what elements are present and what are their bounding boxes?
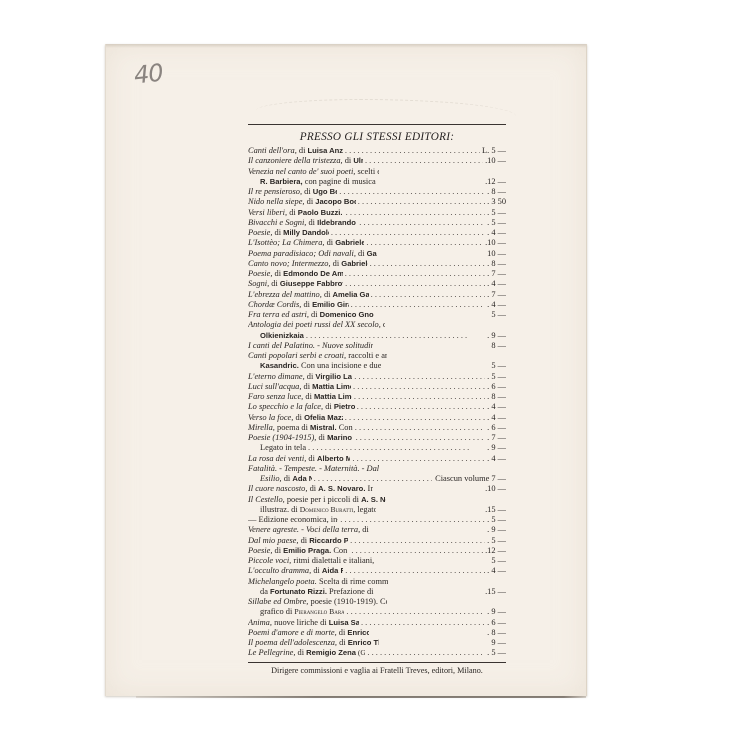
leader-dots	[355, 402, 485, 412]
entry-text: R. Barbiera, con pagine di musica e ritr…	[260, 177, 378, 187]
entry-price: . 5 —	[485, 372, 506, 382]
entry-connector: di	[272, 546, 283, 555]
entry-author: Marino Moretti	[327, 433, 354, 442]
entry-price: . 8 —	[485, 187, 506, 197]
entry-connector: di	[316, 433, 327, 442]
entry-text: grafico di Pierangelo Baratono	[260, 607, 344, 617]
entry-text: Versi liberi, di Paolo Buzzi. In-8	[248, 208, 344, 218]
entry-text: Canto novo; Intermezzo, di Gabriele d'An…	[248, 259, 368, 269]
entry-author: Domenico Gnoli	[320, 310, 374, 319]
entry-author: Fortunato Rizzi.	[270, 587, 327, 596]
entry-title: Canto novo; Intermezzo,	[248, 259, 331, 268]
entry-title: I canti del Palatino. - Nuove solitudini…	[248, 341, 373, 350]
entry-price: . 4 —	[485, 566, 506, 576]
entry-title: Poema paradisiaco; Odi navali,	[248, 249, 356, 258]
entry-note: legato in tela policroma	[355, 505, 375, 514]
catalog-entry: Poesie, di Milly Dandolo. 4 —	[248, 228, 506, 238]
leader-dots	[350, 454, 485, 464]
entry-connector: di	[305, 197, 316, 206]
entry-title: Dal mio paese,	[248, 536, 298, 545]
entry-text: illustraz. di Domenico Buratti, legato i…	[260, 505, 376, 515]
entry-author: Giuseppe Fabbrovich	[280, 279, 343, 288]
entry-author: Amelia Gasparetto.	[333, 290, 369, 299]
entry-author: Mattia Limoncelli	[312, 382, 351, 391]
entry-connector: grafico di	[260, 607, 294, 616]
leader-dots	[349, 546, 483, 556]
leader-dots	[356, 197, 485, 207]
leader-dots	[312, 474, 432, 484]
entry-title: L'ebrezza del mattino,	[248, 290, 322, 299]
entry-text: Poesie, di Milly Dandolo	[248, 228, 329, 238]
entry-title: Canti dell'ora,	[248, 146, 297, 155]
entry-connector: di	[305, 372, 316, 381]
catalog-entry: Esilio, di Ada Negri.Ciascun volume7 —	[248, 474, 506, 484]
entry-price: 7 —	[489, 474, 506, 484]
entry-price: 5 —	[489, 556, 506, 566]
entry-text: Olkienizkaia	[260, 331, 304, 341]
entry-price: . 9 —	[485, 443, 506, 453]
entry-price: . 5 —	[485, 208, 506, 218]
entry-title: Venere agreste. - Voci della terra,	[248, 525, 360, 534]
leader-dots	[304, 331, 485, 341]
entry-small-caps: (Gaspare Invrea)	[356, 648, 365, 657]
entry-connector: di	[360, 525, 369, 534]
entry-text: Poesie, di Emilio Praga. Con ritratto	[248, 546, 349, 556]
entry-text: Sillabe ed Ombre, poesie (1910-1919). Co…	[248, 597, 387, 607]
entry-author: Pietro Mastri.	[334, 402, 355, 411]
catalog-entry: — Edizione economica, in-16. 5 —	[248, 515, 506, 525]
entry-price: 5 —	[489, 310, 506, 320]
catalog-entry: Il re pensieroso, di Ugo Betti. 8 —	[248, 187, 506, 197]
entry-text: La rosa dei venti, di Alberto Musatti	[248, 454, 350, 464]
catalog-entry: grafico di Pierangelo Baratono. 9 —	[248, 607, 506, 617]
entry-connector: raccolti e annotati da	[346, 351, 387, 360]
catalog-entry: R. Barbiera, con pagine di musica e ritr…	[248, 177, 506, 187]
catalog-entry: I canti del Palatino. - Nuove solitudini…	[248, 341, 506, 351]
leader-dots	[365, 648, 485, 658]
entry-price: . 4 —	[485, 413, 506, 423]
entry-connector: di	[306, 454, 317, 463]
entry-text: Poesie, di Edmondo De Amicis	[248, 269, 343, 279]
catalog-entry: Michelangelo poeta. Scelta di rime comme…	[248, 577, 506, 587]
leader-dots	[343, 566, 485, 576]
entry-connector: di	[307, 484, 318, 493]
entry-small-caps: Pierangelo Baratono	[294, 607, 344, 616]
catalog-entry: Sogni, di Giuseppe Fabbrovich. 4 —	[248, 279, 506, 289]
entry-price: . 9 —	[485, 331, 506, 341]
entry-note: Con una incisione e due pagine di musica…	[299, 361, 381, 370]
entry-title: Venezia nel canto de' suoi poeti,	[248, 167, 355, 176]
entry-author: Remigio Zena	[306, 648, 356, 657]
entry-price: . 7 —	[485, 433, 506, 443]
entry-title: Poesie (1904-1915),	[248, 433, 316, 442]
catalog-entries: Canti dell'ora, di Luisa AnzolettiL. 5 —…	[248, 146, 506, 659]
entry-title: Lo specchio e la falce,	[248, 402, 323, 411]
leader-dots	[363, 156, 483, 166]
entry-text: Il Cestello, poesie per i piccoli di A. …	[248, 495, 386, 505]
entry-title: Bivacchi e Sogni,	[248, 218, 306, 227]
entry-connector: di	[302, 187, 313, 196]
leader-dots	[344, 208, 485, 218]
entry-author: A. S. Novaro.	[318, 484, 365, 493]
entry-author: Gabriele d'Annunzio	[341, 259, 367, 268]
entry-connector: di	[301, 300, 312, 309]
entry-author: Ugo Betti	[313, 187, 337, 196]
entry-title: Il re pensieroso,	[248, 187, 302, 196]
entry-title: Mirella,	[248, 423, 275, 432]
leader-dots	[353, 423, 485, 433]
entry-text: Lo specchio e la falce, di Pietro Mastri…	[248, 402, 355, 412]
entry-text: Dal mio paese, di Riccardo Pitteri.	[248, 536, 348, 546]
entry-text: Bivacchi e Sogni, di Ildebrando Cocconi	[248, 218, 357, 228]
entry-connector: da	[260, 587, 270, 596]
entry-author: Jacopo Bocchialini	[315, 197, 356, 206]
entry-author: Edmondo De Amicis	[283, 269, 343, 278]
entry-price: . 8 —	[485, 259, 506, 269]
leader-dots	[349, 300, 486, 310]
catalog-entry: Verso la foce, di Ofelia Mazzoni. 4 —	[248, 413, 506, 423]
catalog-entry: Il poema dell'adolescenza, di Enrico Tho…	[248, 638, 506, 648]
entry-author: Enrico Thovez.	[347, 628, 368, 637]
catalog-entry: Piccole voci, ritmi dialettali e italian…	[248, 556, 506, 566]
entry-price: . 7 —	[485, 290, 506, 300]
catalog-entry: L'eterno dimane, di Virgilio La Scola.. …	[248, 372, 506, 382]
entry-title: Poesie,	[248, 546, 272, 555]
entry-author: Ada Negri.	[292, 474, 311, 483]
entry-note: Prefazione di	[327, 587, 374, 596]
entry-title: Il cuore nascosto,	[248, 484, 307, 493]
entry-price: L. 5 —	[480, 146, 506, 156]
entry-title: Chordæ Cordis,	[248, 300, 301, 309]
entry-author: Virgilio La Scola.	[315, 372, 352, 381]
catalog-entry: Mirella, poema di Mistral. Con ritratto.…	[248, 423, 506, 433]
entry-author: Luisa Santandrea	[329, 618, 359, 627]
entry-text: Chordæ Cordis, di Emilio Girardini	[248, 300, 349, 310]
entry-text: Sogni, di Giuseppe Fabbrovich	[248, 279, 343, 289]
entry-text: Canti dell'ora, di Luisa Anzoletti	[248, 146, 343, 156]
catalog-entry: Poesie, di Edmondo De Amicis. 7 —	[248, 269, 506, 279]
entry-text: Fra terra ed astri, di Domenico Gnoli (G…	[248, 310, 374, 320]
entry-connector: di	[282, 474, 293, 483]
catalog-entry: Poesie (1904-1915), di Marino Moretti. 7…	[248, 433, 506, 443]
catalog-entry: Canti popolari serbi e croati, raccolti …	[248, 351, 506, 361]
entry-text: Il re pensieroso, di Ugo Betti	[248, 187, 337, 197]
entry-connector: di	[298, 536, 309, 545]
entry-text: Poema paradisiaco; Odi navali, di Gabrie…	[248, 249, 377, 259]
entry-author: Gabriele d'Annunzio.	[367, 249, 377, 258]
catalog-entry: Nido nella siepe, di Jacopo Bocchialini.…	[248, 197, 506, 207]
entry-author: Gabriele d'Annunzio	[335, 238, 364, 247]
leader-dots	[343, 269, 485, 279]
entry-author: Ulrico Arnaldi.	[353, 156, 363, 165]
entry-price: . 5 —	[485, 515, 506, 525]
leader-dots	[357, 218, 485, 228]
catalog-entry: illustraz. di Domenico Buratti, legato i…	[248, 505, 506, 515]
catalog-entry: Fatalità. - Tempeste. - Maternità. - Dal…	[248, 464, 506, 474]
entry-small-caps: Domenico Buratti,	[300, 505, 355, 514]
catalog-entry: Legato in tela. 9 —	[248, 443, 506, 453]
leader-dots	[338, 515, 485, 525]
entry-connector: di	[323, 402, 334, 411]
entry-connector: di	[356, 249, 367, 258]
catalog-entry: Il canzoniere della tristezza, di Ulrico…	[248, 156, 506, 166]
entry-text: Venere agreste. - Voci della terra, di F…	[248, 525, 369, 535]
entry-connector: di	[322, 290, 333, 299]
entry-title: Esilio,	[260, 474, 282, 483]
entry-title: L'Isottèo; La Chimera,	[248, 238, 324, 247]
entry-title: Le Pellegrine,	[248, 648, 295, 657]
catalog-entry: Chordæ Cordis, di Emilio Girardini. 4 —	[248, 300, 506, 310]
entry-title: Faro senza luce,	[248, 392, 303, 401]
entry-title: Il canzoniere della tristezza,	[248, 156, 343, 165]
entry-price: .15 —	[483, 505, 506, 515]
catalog-entry: Il cuore nascosto, di A. S. Novaro. In-8…	[248, 484, 506, 494]
entry-price: .15 —	[483, 587, 506, 597]
entry-price: . 4 —	[485, 279, 506, 289]
catalog-entry: Versi liberi, di Paolo Buzzi. In-8. 5 —	[248, 208, 506, 218]
entry-connector: di	[306, 218, 317, 227]
entry-connector: di	[272, 269, 283, 278]
entry-title: Fatalità. - Tempeste. - Maternità. - Dal…	[248, 464, 379, 473]
entry-author: Emilio Girardini	[312, 300, 349, 309]
entry-title: La rosa dei venti,	[248, 454, 306, 463]
catalog-entry: Poemi d'amore e di morte, di Enrico Thov…	[248, 628, 506, 638]
entry-price: . 4 —	[485, 300, 506, 310]
entry-connector: di	[311, 566, 322, 575]
entry-connector: scelti e illustrati da	[355, 167, 379, 176]
entry-text: Esilio, di Ada Negri.	[260, 474, 312, 484]
entry-author: Alberto Musatti	[317, 454, 350, 463]
entry-title: Antologia dei poeti russi del XX secolo,	[248, 320, 381, 329]
entry-author: Mattia Limoncelli	[314, 392, 352, 401]
catalog-entry: L'ebrezza del mattino, di Amelia Gaspare…	[248, 290, 506, 300]
entry-author: R. Barbiera,	[260, 177, 303, 186]
catalog-entry: da Fortunato Rizzi. Prefazione di Leonar…	[248, 587, 506, 597]
leader-dots	[306, 443, 485, 453]
publisher-catalog: PRESSO GLI STESSI EDITORI: Canti dell'or…	[248, 124, 506, 675]
entry-text: Luci sull'acqua, di Mattia Limoncelli	[248, 382, 351, 392]
catalog-entry: Luci sull'acqua, di Mattia Limoncelli. 6…	[248, 382, 506, 392]
entry-title: L'occulto dramma,	[248, 566, 311, 575]
entry-price: 9 —	[489, 638, 506, 648]
entry-text: Legato in tela	[260, 443, 306, 453]
entry-price: .10 —	[483, 238, 506, 248]
entry-note: Ciascun volume	[432, 474, 489, 484]
entry-connector: ritmi dialettali e italiani, di	[291, 556, 374, 565]
entry-author: Enrico Thovez.	[348, 638, 380, 647]
entry-connector: di	[301, 382, 312, 391]
entry-text: L'ebrezza del mattino, di Amelia Gaspare…	[248, 290, 369, 300]
entry-price: 8 —	[489, 341, 506, 351]
catalog-entry: Fra terra ed astri, di Domenico Gnoli (G…	[248, 310, 506, 320]
entry-text: Anima, nuove liriche di Luisa Santandrea	[248, 618, 359, 628]
leader-dots	[364, 238, 483, 248]
entry-connector: nuove liriche di	[272, 618, 329, 627]
leader-dots	[344, 607, 485, 617]
entry-text: Kasandric. Con una incisione e due pagin…	[260, 361, 381, 371]
catalog-entry: L'Isottèo; La Chimera, di Gabriele d'Ann…	[248, 238, 506, 248]
entry-price: . 4 —	[485, 454, 506, 464]
entry-author: Olkienizkaia	[260, 331, 304, 340]
entry-connector: di	[293, 413, 304, 422]
leader-dots	[348, 536, 485, 546]
catalog-entry: Poesie, di Emilio Praga. Con ritratto.12…	[248, 546, 506, 556]
entry-price: 10 —	[485, 249, 506, 259]
catalog-entry: Dal mio paese, di Riccardo Pitteri.. 5 —	[248, 536, 506, 546]
entry-title: Verso la foce,	[248, 413, 293, 422]
pencil-price-note: 40	[133, 59, 164, 90]
footer-rule	[248, 662, 506, 663]
entry-title: Poemi d'amore e di morte,	[248, 628, 337, 637]
leader-dots	[369, 290, 486, 300]
catalog-footer: Dirigere commissioni e vaglia ai Fratell…	[248, 666, 506, 675]
catalog-entry: Sillabe ed Ombre, poesie (1910-1919). Co…	[248, 597, 506, 607]
catalog-entry: Il Cestello, poesie per i piccoli di A. …	[248, 495, 506, 505]
entry-price: . 9 —	[485, 607, 506, 617]
entry-text: Il poema dell'adolescenza, di Enrico Tho…	[248, 638, 379, 648]
leader-dots	[343, 146, 480, 156]
entry-text: Piccole voci, ritmi dialettali e italian…	[248, 556, 375, 566]
entry-price: . 5 —	[485, 218, 506, 228]
leader-dots	[351, 382, 485, 392]
entry-text: Michelangelo poeta. Scelta di rime comme…	[248, 577, 388, 587]
entry-text: Verso la foce, di Ofelia Mazzoni	[248, 413, 343, 423]
entry-text: Antologia dei poeti russi del XX secolo,…	[248, 320, 385, 330]
entry-price: .10 —	[483, 156, 506, 166]
entry-text: L'eterno dimane, di Virgilio La Scola.	[248, 372, 352, 382]
entry-connector: di	[324, 238, 335, 247]
entry-text: Poemi d'amore e di morte, di Enrico Thov…	[248, 628, 369, 638]
entry-connector: di	[343, 156, 354, 165]
entry-price: . 5 —	[485, 648, 506, 658]
entry-text: Fatalità. - Tempeste. - Maternità. - Dal…	[248, 464, 379, 474]
entry-text: Canti popolari serbi e croati, raccolti …	[248, 351, 387, 361]
entry-title: Fra terra ed astri,	[248, 310, 309, 319]
entry-title: Luci sull'acqua,	[248, 382, 301, 391]
entry-price: . 7 —	[485, 269, 506, 279]
entry-author: Aida Rizzi	[322, 566, 343, 575]
entry-connector: Scelta di rime commentate e illustrate	[317, 577, 388, 586]
entry-price: . 8 —	[485, 392, 506, 402]
catalog-entry: Le Pellegrine, di Remigio Zena (Gaspare …	[248, 648, 506, 658]
entry-price: . 6 —	[485, 423, 506, 433]
entry-author: A. S. Novaro.	[361, 495, 386, 504]
entry-price: . 6 —	[485, 618, 506, 628]
entry-price: . 5 —	[485, 536, 506, 546]
leader-dots	[368, 259, 486, 269]
entry-author: Paolo Buzzi.	[298, 208, 343, 217]
entry-title: Sillabe ed Ombre,	[248, 597, 308, 606]
catalog-entry: Venezia nel canto de' suoi poeti, scelti…	[248, 167, 506, 177]
catalog-entry: Olkienizkaia. 9 —	[248, 331, 506, 341]
entry-author: Emilio Praga.	[283, 546, 331, 555]
catalog-entry: Canto novo; Intermezzo, di Gabriele d'An…	[248, 259, 506, 269]
catalog-entry: Anima, nuove liriche di Luisa Santandrea…	[248, 618, 506, 628]
entry-title: Sogni,	[248, 279, 269, 288]
entry-text: Nido nella siepe, di Jacopo Bocchialini	[248, 197, 356, 207]
entry-price: .10 —	[483, 484, 506, 494]
entry-connector: di	[337, 638, 348, 647]
entry-connector: — Edizione economica, in-16	[248, 515, 338, 524]
entry-author: Luisa Anzoletti	[308, 146, 343, 155]
entry-title: Nido nella siepe,	[248, 197, 305, 206]
entry-connector: di	[269, 279, 280, 288]
entry-text: I canti del Palatino. - Nuove solitudini…	[248, 341, 373, 351]
entry-author: Mistral.	[310, 423, 337, 432]
entry-note: In-8, alla bodoniana	[365, 484, 373, 493]
entry-connector: di	[297, 146, 308, 155]
leader-dots	[343, 413, 485, 423]
entry-author: Riccardo Pitteri.	[309, 536, 348, 545]
entry-connector: Legato in tela	[260, 443, 306, 452]
entry-title: Poesie,	[248, 228, 272, 237]
catalog-entry: Canti dell'ora, di Luisa AnzolettiL. 5 —	[248, 146, 506, 156]
entry-price: . 9 —	[485, 525, 506, 535]
catalog-entry: Venere agreste. - Voci della terra, di F…	[248, 525, 506, 535]
catalog-entry: Lo specchio e la falce, di Pietro Mastri…	[248, 402, 506, 412]
catalog-entry: Poema paradisiaco; Odi navali, di Gabrie…	[248, 249, 506, 259]
leader-dots	[343, 279, 485, 289]
entry-text: Il canzoniere della tristezza, di Ulrico…	[248, 156, 363, 166]
entry-text: Il cuore nascosto, di A. S. Novaro. In-8…	[248, 484, 373, 494]
entry-connector: di	[303, 392, 314, 401]
entry-text: Le Pellegrine, di Remigio Zena (Gaspare …	[248, 648, 365, 658]
catalog-entry: Faro senza luce, di Mattia Limoncelli. 8…	[248, 392, 506, 402]
entry-connector: illustraz. di	[260, 505, 300, 514]
top-rule	[248, 124, 506, 125]
leader-dots	[352, 392, 485, 402]
entry-text: L'occulto dramma, di Aida Rizzi	[248, 566, 343, 576]
entry-note: Con ritratto	[331, 546, 349, 555]
entry-title: L'eterno dimane,	[248, 372, 305, 381]
entry-connector: poesie per i piccoli di	[285, 495, 361, 504]
entry-connector: di	[272, 228, 283, 237]
entry-text: Poesie (1904-1915), di Marino Moretti	[248, 433, 354, 443]
entry-connector: di	[331, 259, 342, 268]
entry-note: Con ritratto	[337, 423, 353, 432]
entry-connector: di	[287, 208, 298, 217]
entry-text: da Fortunato Rizzi. Prefazione di Leonar…	[260, 587, 374, 597]
entry-author: Milly Dandolo	[283, 228, 329, 237]
catalog-entry: L'occulto dramma, di Aida Rizzi. 4 —	[248, 566, 506, 576]
entry-text: Faro senza luce, di Mattia Limoncelli	[248, 392, 352, 402]
catalog-entry: Kasandric. Con una incisione e due pagin…	[248, 361, 506, 371]
entry-text: — Edizione economica, in-16	[248, 515, 338, 525]
entry-price: .12 —	[483, 546, 506, 556]
entry-title: Poesie,	[248, 269, 272, 278]
catalog-entry: Antologia dei poeti russi del XX secolo,…	[248, 320, 506, 330]
entry-title: Canti popolari serbi e croati,	[248, 351, 346, 360]
leader-dots	[359, 618, 485, 628]
entry-note: con pagine di musica e ritr. di C. Goldo…	[303, 177, 378, 186]
catalog-entry: La rosa dei venti, di Alberto Musatti. 4…	[248, 454, 506, 464]
entry-title: Il Cestello,	[248, 495, 285, 504]
leader-dots	[354, 433, 486, 443]
entry-author: Kasandric.	[260, 361, 299, 370]
entry-price: . 3 50	[485, 197, 506, 207]
entry-title: Il poema dell'adolescenza,	[248, 638, 337, 647]
entry-price: . 4 —	[485, 228, 506, 238]
catalog-entry: Bivacchi e Sogni, di Ildebrando Cocconi.…	[248, 218, 506, 228]
entry-text: Venezia nel canto de' suoi poeti, scelti…	[248, 167, 379, 177]
entry-price: . 4 —	[485, 402, 506, 412]
entry-author: Ildebrando Cocconi	[317, 218, 357, 227]
entry-price: . 8 —	[485, 628, 506, 638]
catalog-heading: PRESSO GLI STESSI EDITORI:	[248, 131, 506, 143]
leader-dots	[337, 187, 485, 197]
entry-connector: di	[309, 310, 320, 319]
leader-dots	[352, 372, 485, 382]
